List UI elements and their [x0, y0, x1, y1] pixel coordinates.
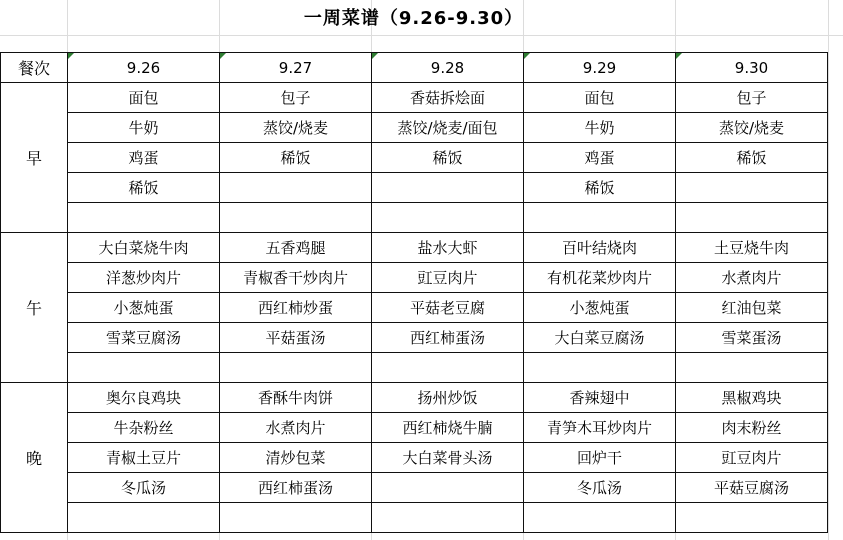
- menu-cell[interactable]: [68, 503, 220, 533]
- menu-cell[interactable]: 西红柿蛋汤: [372, 323, 524, 353]
- menu-cell[interactable]: 西红柿蛋汤: [220, 473, 372, 503]
- menu-cell[interactable]: 鸡蛋: [68, 143, 220, 173]
- meal-label-lunch[interactable]: 午: [1, 233, 68, 383]
- table-row: [1, 203, 828, 233]
- menu-cell[interactable]: 肉末粉丝: [676, 413, 828, 443]
- comment-indicator-icon: [68, 53, 74, 59]
- table-row: [1, 353, 828, 383]
- menu-cell[interactable]: 扬州炒饭: [372, 383, 524, 413]
- menu-cell[interactable]: 牛奶: [524, 113, 676, 143]
- sheet-gridline: [828, 0, 829, 540]
- table-row: [1, 503, 828, 533]
- comment-indicator-icon: [372, 53, 378, 59]
- menu-cell[interactable]: 平菇豆腐汤: [676, 473, 828, 503]
- table-row: 鸡蛋 稀饭 稀饭 鸡蛋 稀饭: [1, 143, 828, 173]
- menu-cell[interactable]: 雪菜豆腐汤: [68, 323, 220, 353]
- menu-cell[interactable]: 百叶结烧肉: [524, 233, 676, 263]
- table-row: 青椒土豆片 清炒包菜 大白菜骨头汤 回炉干 豇豆肉片: [1, 443, 828, 473]
- menu-cell[interactable]: 黑椒鸡块: [676, 383, 828, 413]
- meal-label-breakfast[interactable]: 早: [1, 83, 68, 233]
- date-header[interactable]: 9.28: [372, 53, 524, 83]
- menu-cell[interactable]: 豇豆肉片: [676, 443, 828, 473]
- menu-cell[interactable]: 大白菜烧牛肉: [68, 233, 220, 263]
- menu-cell[interactable]: [372, 203, 524, 233]
- menu-cell[interactable]: 包子: [220, 83, 372, 113]
- menu-cell[interactable]: 蒸饺/烧麦: [676, 113, 828, 143]
- menu-cell[interactable]: [524, 203, 676, 233]
- table-row: 小葱炖蛋 西红柿炒蛋 平菇老豆腐 小葱炖蛋 红油包菜: [1, 293, 828, 323]
- menu-cell[interactable]: 红油包菜: [676, 293, 828, 323]
- menu-cell[interactable]: 西红柿烧牛腩: [372, 413, 524, 443]
- menu-cell[interactable]: 奥尔良鸡块: [68, 383, 220, 413]
- menu-cell[interactable]: [220, 353, 372, 383]
- menu-cell[interactable]: 稀饭: [676, 143, 828, 173]
- menu-cell[interactable]: 面包: [524, 83, 676, 113]
- menu-cell[interactable]: 蒸饺/烧麦: [220, 113, 372, 143]
- menu-cell[interactable]: 水煮肉片: [676, 263, 828, 293]
- meal-column-header[interactable]: 餐次: [1, 53, 68, 83]
- comment-indicator-icon: [676, 53, 682, 59]
- menu-cell[interactable]: 面包: [68, 83, 220, 113]
- menu-cell[interactable]: 大白菜豆腐汤: [524, 323, 676, 353]
- menu-cell[interactable]: 平菇老豆腐: [372, 293, 524, 323]
- table-row: 晚 奥尔良鸡块 香酥牛肉饼 扬州炒饭 香辣翅中 黑椒鸡块: [1, 383, 828, 413]
- menu-cell[interactable]: 平菇蛋汤: [220, 323, 372, 353]
- menu-cell[interactable]: 牛奶: [68, 113, 220, 143]
- menu-cell[interactable]: [524, 353, 676, 383]
- menu-cell[interactable]: 清炒包菜: [220, 443, 372, 473]
- table-row: 牛奶 蒸饺/烧麦 蒸饺/烧麦/面包 牛奶 蒸饺/烧麦: [1, 113, 828, 143]
- menu-cell[interactable]: 豇豆肉片: [372, 263, 524, 293]
- menu-cell[interactable]: 雪菜蛋汤: [676, 323, 828, 353]
- menu-cell[interactable]: 稀饭: [68, 173, 220, 203]
- comment-indicator-icon: [220, 53, 226, 59]
- menu-cell[interactable]: 冬瓜汤: [68, 473, 220, 503]
- menu-cell[interactable]: [676, 503, 828, 533]
- menu-cell[interactable]: [220, 503, 372, 533]
- menu-cell[interactable]: [372, 353, 524, 383]
- menu-cell[interactable]: 稀饭: [220, 143, 372, 173]
- menu-cell[interactable]: 香菇拆烩面: [372, 83, 524, 113]
- menu-cell[interactable]: 土豆烧牛肉: [676, 233, 828, 263]
- menu-cell[interactable]: [68, 203, 220, 233]
- table-row: 早 面包 包子 香菇拆烩面 面包 包子: [1, 83, 828, 113]
- date-header[interactable]: 9.30: [676, 53, 828, 83]
- menu-cell[interactable]: 鸡蛋: [524, 143, 676, 173]
- menu-cell[interactable]: [676, 353, 828, 383]
- menu-cell[interactable]: [676, 173, 828, 203]
- menu-title: 一周菜谱（9.26-9.30）: [0, 0, 827, 35]
- menu-cell[interactable]: [220, 203, 372, 233]
- sheet-gridline: [0, 35, 843, 36]
- date-header[interactable]: 9.29: [524, 53, 676, 83]
- menu-cell[interactable]: [68, 353, 220, 383]
- menu-cell[interactable]: [372, 503, 524, 533]
- menu-cell[interactable]: 西红柿炒蛋: [220, 293, 372, 323]
- header-row: 餐次 9.26 9.27 9.28 9.29 9.30: [1, 53, 828, 83]
- menu-cell[interactable]: 回炉干: [524, 443, 676, 473]
- menu-cell[interactable]: 盐水大虾: [372, 233, 524, 263]
- weekly-menu-table: 餐次 9.26 9.27 9.28 9.29 9.30 早 面包 包子 香菇拆烩…: [0, 52, 828, 533]
- menu-cell[interactable]: 洋葱炒肉片: [68, 263, 220, 293]
- table-row: 冬瓜汤 西红柿蛋汤 冬瓜汤 平菇豆腐汤: [1, 473, 828, 503]
- menu-cell[interactable]: 水煮肉片: [220, 413, 372, 443]
- meal-label-dinner[interactable]: 晚: [1, 383, 68, 533]
- menu-cell[interactable]: 冬瓜汤: [524, 473, 676, 503]
- table-row: 稀饭 稀饭: [1, 173, 828, 203]
- menu-cell[interactable]: [524, 503, 676, 533]
- menu-cell[interactable]: 有机花菜炒肉片: [524, 263, 676, 293]
- menu-cell[interactable]: 香酥牛肉饼: [220, 383, 372, 413]
- menu-cell[interactable]: 小葱炖蛋: [524, 293, 676, 323]
- comment-indicator-icon: [524, 53, 530, 59]
- date-header[interactable]: 9.27: [220, 53, 372, 83]
- menu-cell[interactable]: 五香鸡腿: [220, 233, 372, 263]
- menu-cell[interactable]: 大白菜骨头汤: [372, 443, 524, 473]
- table-row: 洋葱炒肉片 青椒香干炒肉片 豇豆肉片 有机花菜炒肉片 水煮肉片: [1, 263, 828, 293]
- menu-cell[interactable]: [676, 203, 828, 233]
- table-row: 牛杂粉丝 水煮肉片 西红柿烧牛腩 青笋木耳炒肉片 肉末粉丝: [1, 413, 828, 443]
- menu-cell[interactable]: 稀饭: [524, 173, 676, 203]
- menu-cell[interactable]: [372, 173, 524, 203]
- menu-cell[interactable]: [372, 473, 524, 503]
- menu-cell[interactable]: [220, 173, 372, 203]
- menu-cell[interactable]: 香辣翅中: [524, 383, 676, 413]
- menu-cell[interactable]: 稀饭: [372, 143, 524, 173]
- table-row: 雪菜豆腐汤 平菇蛋汤 西红柿蛋汤 大白菜豆腐汤 雪菜蛋汤: [1, 323, 828, 353]
- menu-cell[interactable]: 包子: [676, 83, 828, 113]
- menu-cell[interactable]: 小葱炖蛋: [68, 293, 220, 323]
- menu-cell[interactable]: 青椒土豆片: [68, 443, 220, 473]
- menu-cell[interactable]: 蒸饺/烧麦/面包: [372, 113, 524, 143]
- table-row: 午 大白菜烧牛肉 五香鸡腿 盐水大虾 百叶结烧肉 土豆烧牛肉: [1, 233, 828, 263]
- menu-cell[interactable]: 牛杂粉丝: [68, 413, 220, 443]
- menu-cell[interactable]: 青笋木耳炒肉片: [524, 413, 676, 443]
- menu-cell[interactable]: 青椒香干炒肉片: [220, 263, 372, 293]
- date-header[interactable]: 9.26: [68, 53, 220, 83]
